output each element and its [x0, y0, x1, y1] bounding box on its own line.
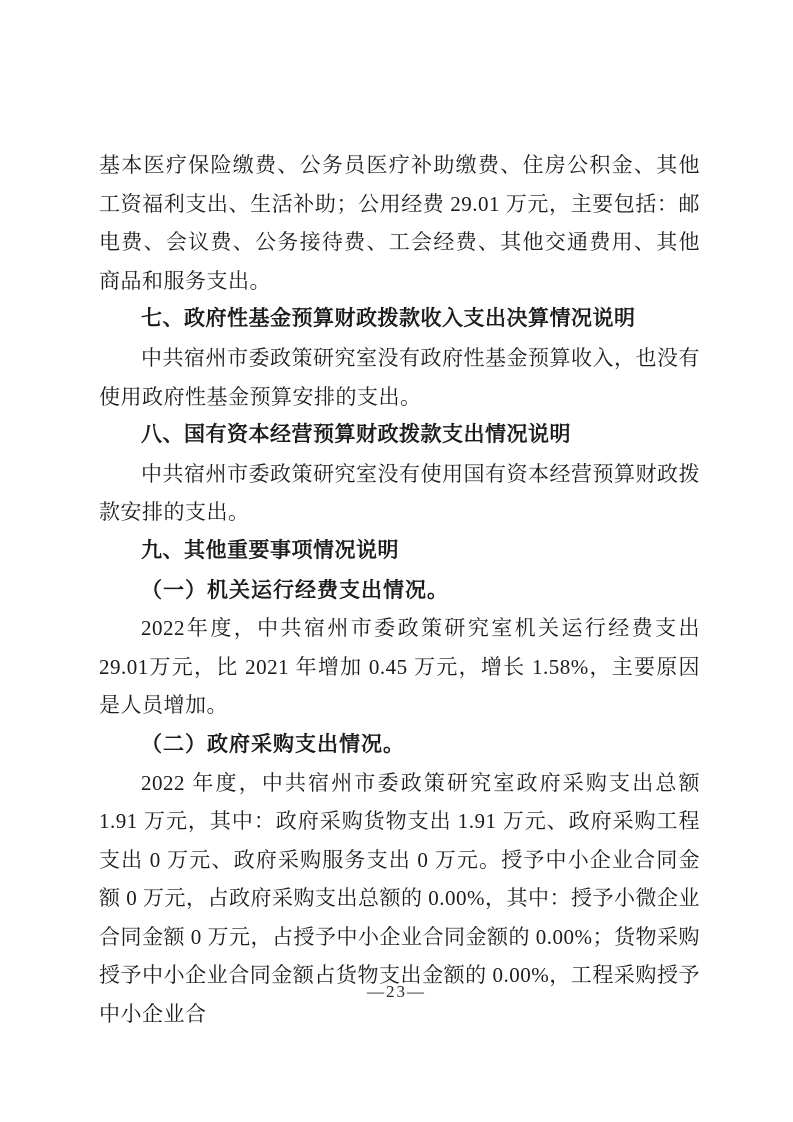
section-heading: 八、国有资本经营预算财政拨款支出情况说明 — [99, 416, 700, 455]
subsection-heading: （二）政府采购支出情况。 — [99, 725, 700, 764]
document-page: 基本医疗保险缴费、公务员医疗补助缴费、住房公积金、其他工资福利支出、生活补助；公… — [0, 0, 793, 1122]
body-paragraph: 中共宿州市委政策研究室没有使用国有资本经营预算财政拨款安排的支出。 — [99, 455, 700, 532]
page-number: —23— — [0, 982, 793, 1002]
section-heading: 九、其他重要事项情况说明 — [99, 532, 700, 571]
subsection-heading: （一）机关运行经费支出情况。 — [99, 571, 700, 610]
document-content: 基本医疗保险缴费、公务员医疗补助缴费、住房公积金、其他工资福利支出、生活补助；公… — [99, 146, 700, 1034]
section-heading: 七、政府性基金预算财政拨款收入支出决算情况说明 — [99, 300, 700, 339]
body-paragraph: 中共宿州市委政策研究室没有政府性基金预算收入，也没有使用政府性基金预算安排的支出… — [99, 339, 700, 416]
body-paragraph-continued: 基本医疗保险缴费、公务员医疗补助缴费、住房公积金、其他工资福利支出、生活补助；公… — [99, 146, 700, 300]
body-paragraph: 2022年度，中共宿州市委政策研究室机关运行经费支出29.01万元，比 2021… — [99, 609, 700, 725]
